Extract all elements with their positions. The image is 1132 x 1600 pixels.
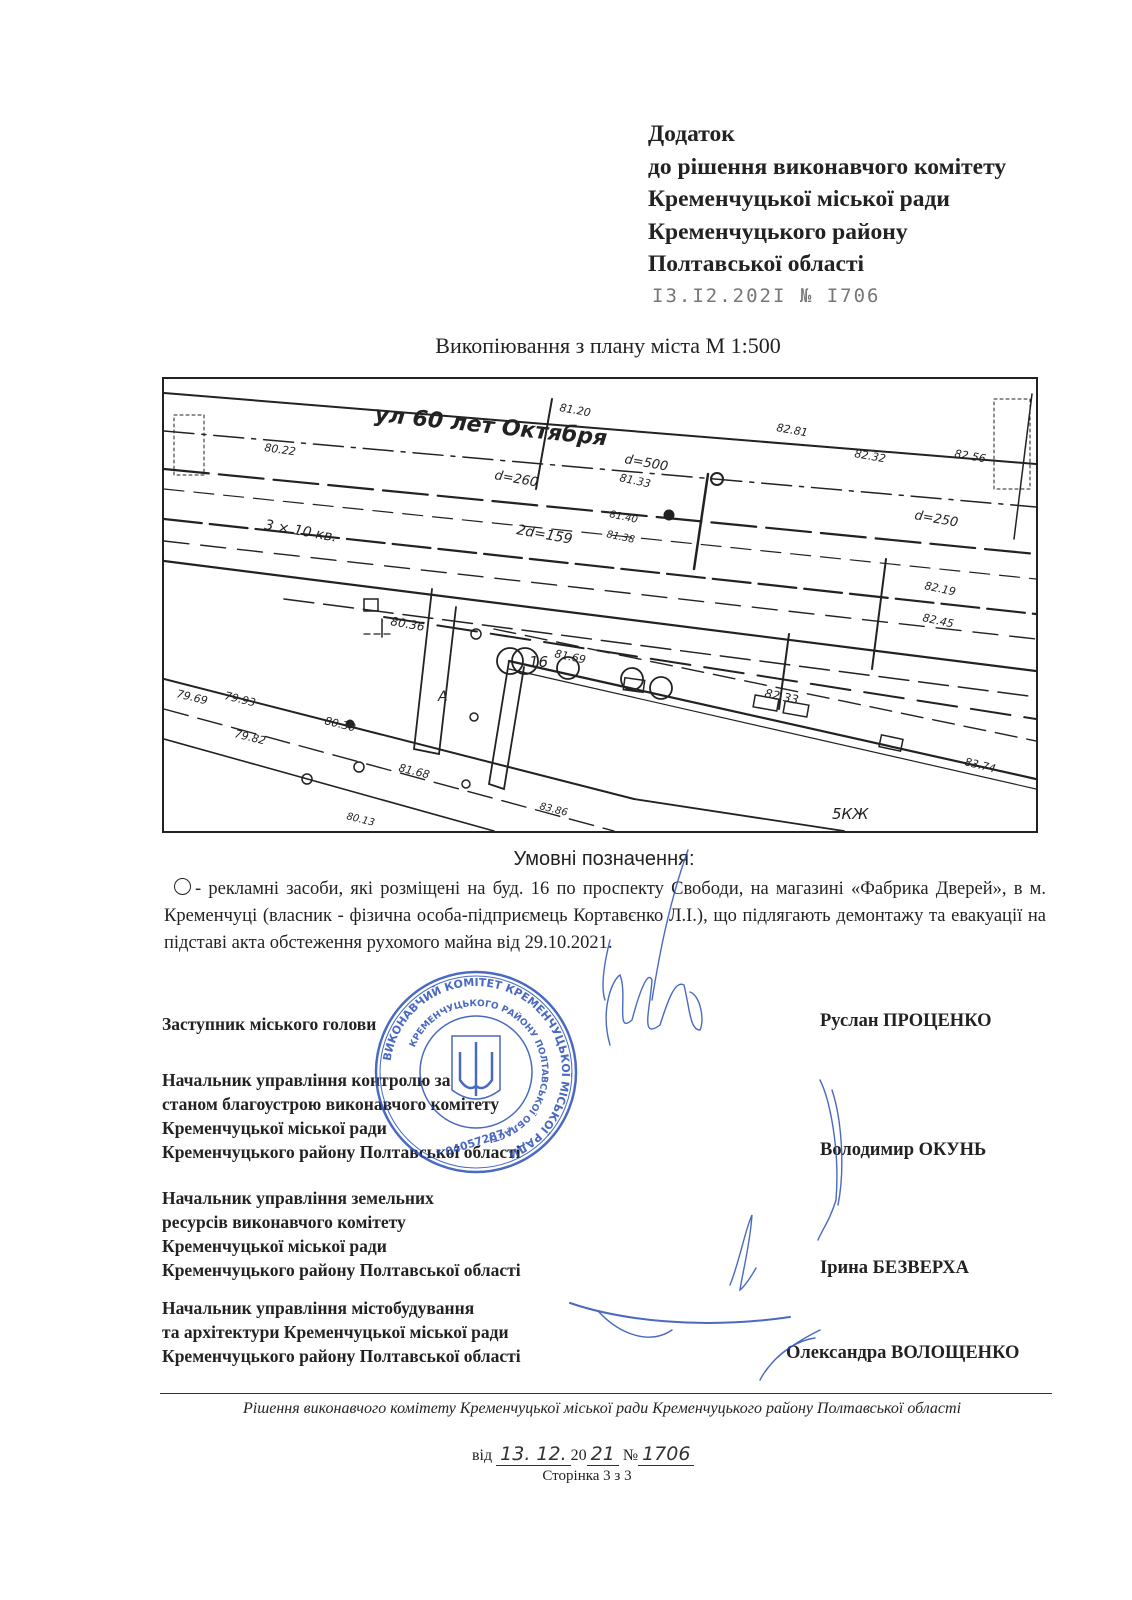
svg-text:80.30: 80.30 xyxy=(323,714,357,734)
legend-text: - рекламні засоби, які розміщені на буд.… xyxy=(164,879,1046,953)
legend-description: - рекламні засоби, які розміщені на буд.… xyxy=(164,876,1046,957)
svg-text:А: А xyxy=(437,689,448,705)
svg-text:82.32: 82.32 xyxy=(853,447,886,465)
svg-text:82.19: 82.19 xyxy=(923,579,957,598)
svg-text:80.22: 80.22 xyxy=(264,441,297,458)
svg-text:5КЖ: 5КЖ xyxy=(832,805,869,823)
svg-text:83.74: 83.74 xyxy=(963,755,997,775)
footer-decision-line: Рішення виконавчого комітету Кременчуцьк… xyxy=(0,1400,1132,1418)
addendum-line: Полтавської області xyxy=(648,248,1006,281)
signatory-name-2: Володимир ОКУНЬ xyxy=(820,1140,986,1161)
signatory-title-4: Начальник управління містобудування та а… xyxy=(162,1296,521,1368)
seal-icon: ВИКОНАВЧИЙ КОМІТЕТ КРЕМЕНЧУЦЬКОЇ МІСЬКОЇ… xyxy=(372,968,580,1176)
handwritten-date: 13. 12. xyxy=(496,1443,570,1466)
page-number: Сторінка 3 з 3 xyxy=(0,1468,1132,1485)
svg-text:d=250: d=250 xyxy=(913,508,959,530)
svg-text:82.81: 82.81 xyxy=(775,421,808,439)
svg-text:d=260: d=260 xyxy=(493,468,539,490)
svg-text:КРЕМЕНЧУЦЬКОГО РАЙОНУ ПОЛТАВСЬ: КРЕМЕНЧУЦЬКОГО РАЙОНУ ПОЛТАВСЬКОЇ ОБЛАСТ… xyxy=(408,999,549,1144)
signatory-name-3: Ірина БЕЗВЕРХА xyxy=(820,1258,969,1279)
official-seal: ВИКОНАВЧИЙ КОМІТЕТ КРЕМЕНЧУЦЬКОЇ МІСЬКОЇ… xyxy=(372,968,580,1176)
signature-3 xyxy=(730,1215,756,1290)
svg-text:80.13: 80.13 xyxy=(345,811,375,829)
addendum-line: Кременчуцького району xyxy=(648,216,1006,249)
svg-text:81.33: 81.33 xyxy=(618,471,652,490)
svg-text:2d=159: 2d=159 xyxy=(515,522,573,548)
addendum-header: Додаток до рішення виконавчого комітету … xyxy=(648,118,1006,281)
copy-title: Викопіювання з плану міста М 1:500 xyxy=(0,333,1132,359)
svg-text:82.56: 82.56 xyxy=(953,447,986,465)
footer-divider xyxy=(160,1393,1052,1394)
handwritten-number: 1706 xyxy=(638,1443,694,1466)
signature-1 xyxy=(606,975,702,1045)
signatory-title-1: Заступник міського голови xyxy=(162,1012,376,1036)
handwritten-year: 21 xyxy=(587,1443,619,1466)
svg-text:79.69: 79.69 xyxy=(175,687,209,707)
addendum-line: Кременчуцької міської ради xyxy=(648,183,1006,216)
addendum-line: Додаток xyxy=(648,118,1006,151)
signatory-name-4: Олександра ВОЛОЩЕНКО xyxy=(786,1343,1019,1364)
signatory-title-3: Начальник управління земельних ресурсів … xyxy=(162,1186,521,1282)
svg-text:16: 16 xyxy=(529,653,548,671)
svg-text:81.20: 81.20 xyxy=(558,401,591,419)
svg-text:* 04057287 *: * 04057287 * xyxy=(435,1124,516,1161)
map-drawing: ул 60 лет Октября 16 А 5КЖ 3 × 10 кв. d=… xyxy=(164,379,1036,831)
city-plan-map: ул 60 лет Октября 16 А 5КЖ 3 × 10 кв. d=… xyxy=(162,377,1038,833)
svg-text:79.93: 79.93 xyxy=(223,689,257,709)
svg-text:79.82: 79.82 xyxy=(233,727,267,747)
svg-text:83.86: 83.86 xyxy=(538,801,568,819)
legend-title: Умовні позначення: xyxy=(0,848,1132,871)
circle-marker-icon xyxy=(174,878,191,895)
footer-date-number: від 13. 12.2021 №1706 xyxy=(472,1443,694,1465)
addendum-line: до рішення виконавчого комітету xyxy=(648,151,1006,184)
svg-text:81.40: 81.40 xyxy=(608,509,638,526)
svg-text:3 × 10 кв.: 3 × 10 кв. xyxy=(263,517,338,545)
svg-text:81.68: 81.68 xyxy=(397,761,431,781)
svg-text:82.33: 82.33 xyxy=(763,686,800,707)
signatory-name-1: Руслан ПРОЦЕНКО xyxy=(820,1011,992,1032)
svg-text:81.38: 81.38 xyxy=(605,529,635,546)
registration-stamp: I3.I2.202I № I706 xyxy=(652,285,880,307)
